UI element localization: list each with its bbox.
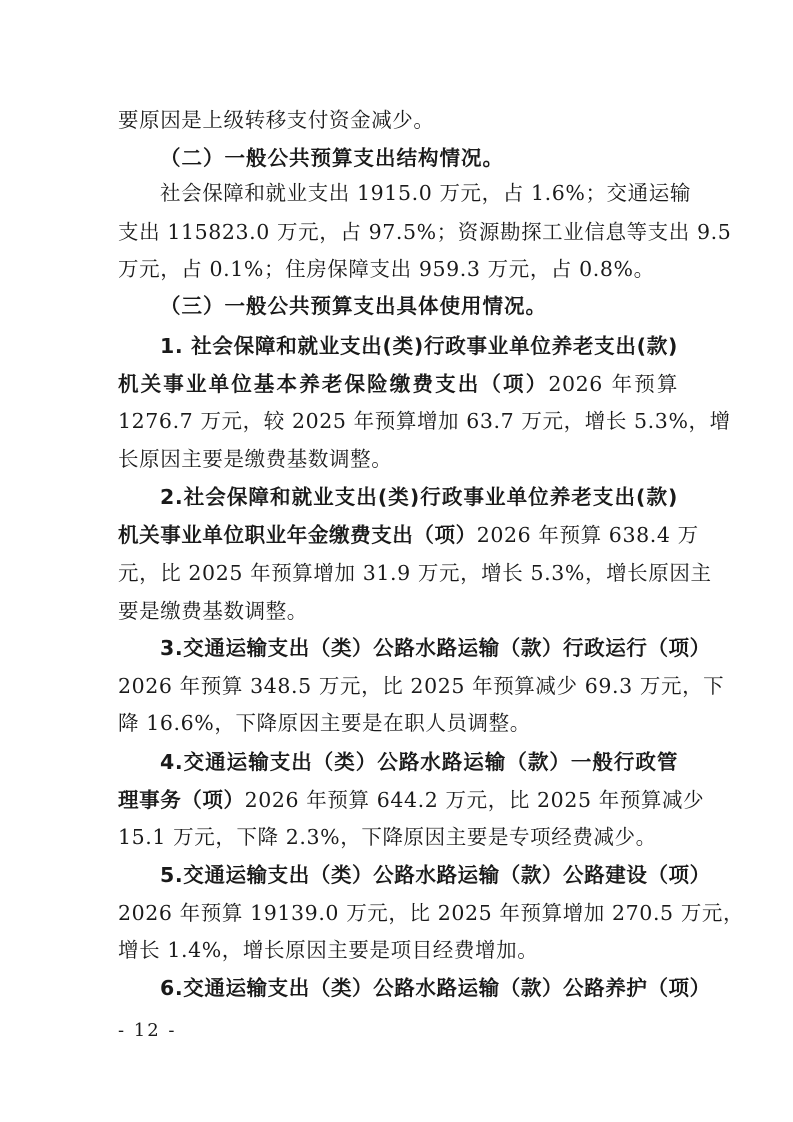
item-6-title: 6.交通运输支出（类）公路水路运输（款）公路养护（项）	[160, 976, 678, 1000]
item-5-title: 5.交通运输支出（类）公路水路运输（款）公路建设（项）	[160, 863, 678, 887]
item-1-title-line-1: 1. 社会保障和就业支出(类)行政事业单位养老支出(款)	[160, 334, 678, 358]
structure-paragraph-line-1: 社会保障和就业支出 1915.0 万元，占 1.6%；交通运输	[160, 181, 678, 205]
section-heading-3: （三）一般公共预算支出具体使用情况。	[160, 294, 720, 318]
section-heading-2: （二）一般公共预算支出结构情况。	[160, 146, 720, 170]
paragraph-continuation: 要原因是上级转移支付资金减少。	[118, 108, 678, 132]
item-3-line-2: 2026 年预算 348.5 万元，比 2025 年预算减少 69.3 万元，下	[118, 674, 678, 698]
item-1-line-4: 长原因主要是缴费基数调整。	[118, 447, 678, 471]
structure-paragraph-line-2: 支出 115823.0 万元，占 97.5%；资源勘探工业信息等支出 9.5	[118, 220, 678, 244]
structure-paragraph-line-3: 万元，占 0.1%；住房保障支出 959.3 万元，占 0.8%。	[118, 257, 678, 281]
item-2-title-line-1: 2.社会保障和就业支出(类)行政事业单位养老支出(款)	[160, 485, 678, 509]
item-4-text: 2026 年预算 644.2 万元，比 2025 年预算减少	[245, 788, 705, 812]
item-3-title: 3.交通运输支出（类）公路水路运输（款）行政运行（项）	[160, 636, 678, 660]
item-2-line-4: 要是缴费基数调整。	[118, 599, 678, 623]
item-5-line-2: 2026 年预算 19139.0 万元，比 2025 年预算增加 270.5 万…	[118, 901, 678, 925]
item-2-title-line-2: 机关事业单位职业年金缴费支出（项）	[118, 523, 477, 547]
item-2-text: 2026 年预算 638.4 万	[477, 523, 699, 547]
item-1-line-2: 机关事业单位基本养老保险缴费支出（项）2026 年预算	[118, 372, 678, 396]
item-3-line-3: 降 16.6%，下降原因主要是在职人员调整。	[118, 711, 678, 735]
item-5-line-3: 增长 1.4%，增长原因主要是项目经费增加。	[118, 938, 678, 962]
item-1-title-line-2: 机关事业单位基本养老保险缴费支出（项）	[118, 372, 548, 396]
item-2-line-2: 机关事业单位职业年金缴费支出（项）2026 年预算 638.4 万	[118, 523, 678, 547]
item-4-line-2: 理事务（项）2026 年预算 644.2 万元，比 2025 年预算减少	[118, 788, 678, 812]
item-2-line-3: 元，比 2025 年预算增加 31.9 万元，增长 5.3%，增长原因主	[118, 561, 678, 585]
item-1-text: 2026 年预算	[548, 372, 678, 396]
item-4-title-line-1: 4.交通运输支出（类）公路水路运输（款）一般行政管	[160, 750, 678, 774]
page-number: - 12 -	[118, 1020, 177, 1041]
item-1-line-3: 1276.7 万元，较 2025 年预算增加 63.7 万元，增长 5.3%，增	[118, 409, 678, 433]
item-4-line-3: 15.1 万元，下降 2.3%，下降原因主要是专项经费减少。	[118, 825, 678, 849]
item-4-title-line-2: 理事务（项）	[118, 788, 245, 812]
